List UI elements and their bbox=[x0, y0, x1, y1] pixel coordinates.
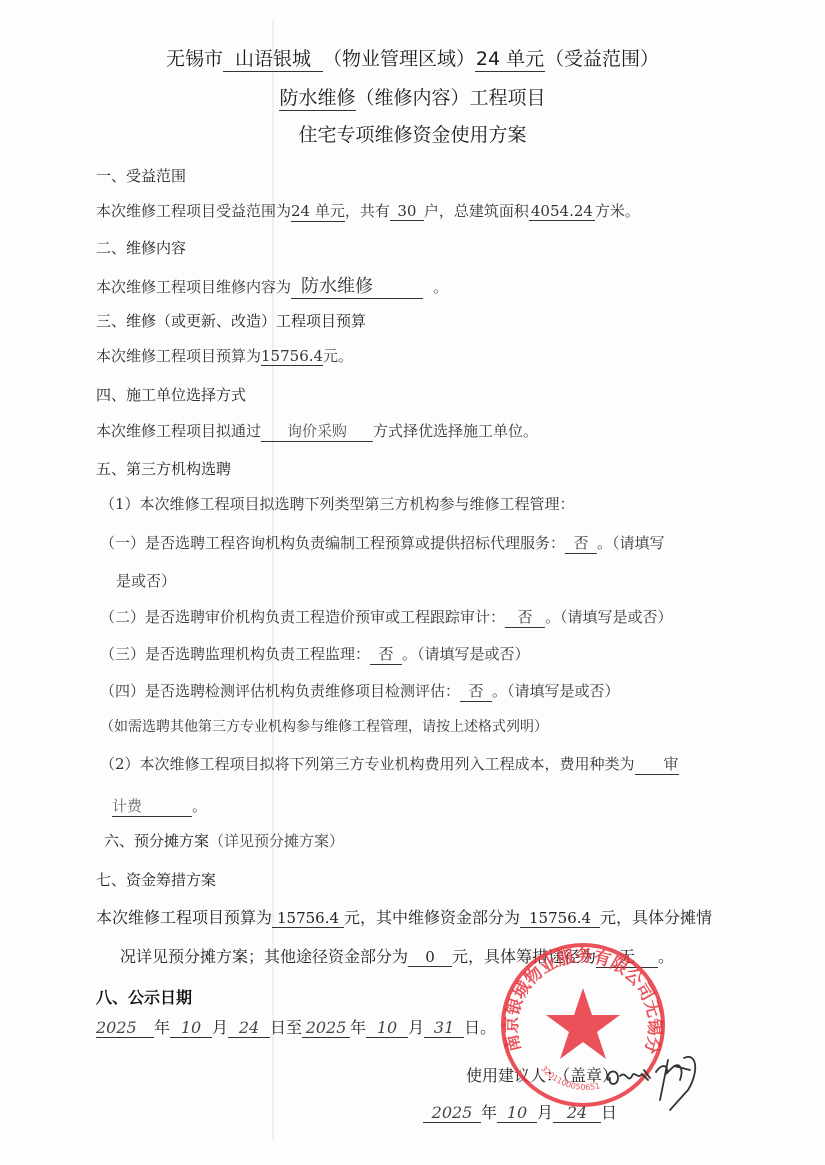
section-4-heading: 四、施工单位选择方式 bbox=[96, 384, 246, 405]
budget-field: 15756.4 bbox=[261, 347, 323, 366]
section-7-line-1: 本次维修工程项目预算为15756.4元，其中维修资金部分为15756.4元，具体… bbox=[96, 905, 712, 928]
section-5-item-2-cont: 计费。 bbox=[112, 795, 207, 817]
start-day: 24 bbox=[228, 1018, 270, 1038]
text: 户，总建筑面积 bbox=[424, 202, 529, 220]
text: 。 bbox=[433, 278, 448, 296]
text: 本次维修工程项目受益范围为 bbox=[96, 202, 291, 220]
fund-field: 15756.4 bbox=[520, 909, 600, 928]
text: 日。 bbox=[464, 1018, 496, 1037]
city: 无锡市 bbox=[166, 48, 223, 70]
fee-type-field-cont: 计费 bbox=[112, 795, 192, 817]
area-field: 4054.24 bbox=[529, 202, 595, 221]
text: 月 bbox=[408, 1018, 424, 1037]
section-5-note: （如需选聘其他第三方专业机构参与维修工程管理，请按上述格式列明） bbox=[100, 716, 548, 736]
text: 方米。 bbox=[595, 202, 640, 220]
text: 日至 bbox=[270, 1018, 302, 1037]
section-1-text: 本次维修工程项目受益范围为24 单元，共有30户，总建筑面积4054.24方米。 bbox=[96, 200, 640, 222]
end-month: 10 bbox=[366, 1018, 408, 1038]
text: 方式择优选择施工单位。 bbox=[373, 422, 538, 440]
scope-value: 24 单元 bbox=[475, 44, 545, 72]
text: 。 bbox=[192, 797, 207, 815]
scope-label: （受益范围） bbox=[545, 48, 659, 70]
text: 六、预分摊方案 bbox=[104, 832, 209, 850]
property-name: 山语银城 bbox=[223, 44, 323, 72]
property-label: （物业管理区域） bbox=[323, 48, 475, 70]
scan-crease bbox=[272, 20, 274, 1140]
signature-icon bbox=[600, 1040, 740, 1120]
text: 本次维修工程项目维修内容为 bbox=[96, 278, 291, 296]
text: 本次维修工程项目预算为 bbox=[96, 347, 261, 365]
section-5-heading: 五、第三方机构选聘 bbox=[96, 458, 231, 479]
section-2-heading: 二、维修内容 bbox=[96, 237, 186, 258]
text: （二）是否选聘审价机构负责工程造价预审或工程跟踪审计： bbox=[100, 608, 505, 626]
section-6-heading: 六、预分摊方案（详见预分摊方案） bbox=[104, 830, 344, 851]
end-day: 31 bbox=[424, 1018, 464, 1038]
method-field: 询价采购 bbox=[261, 420, 373, 442]
q1-answer: 否 bbox=[565, 532, 597, 554]
text: 。（请填写是或否） bbox=[492, 682, 620, 700]
text: 。（请填写是或否） bbox=[545, 608, 673, 626]
q3-answer: 否 bbox=[370, 643, 402, 665]
content-field: 防水维修 bbox=[291, 272, 423, 299]
text: 年 bbox=[350, 1018, 366, 1037]
text: ，共有 bbox=[345, 202, 390, 220]
text: 本次维修工程项目预算为 bbox=[96, 908, 272, 927]
q4-answer: 否 bbox=[460, 680, 492, 702]
section-5-item-1: （1）本次维修工程项目拟选聘下列类型第三方机构参与维修工程管理： bbox=[100, 493, 575, 514]
text: （一）是否选聘工程咨询机构负责编制工程预算或提供招标代理服务： bbox=[100, 534, 565, 552]
section-5-q4: （四）是否选聘检测评估机构负责维修项目检测评估：否。（请填写是或否） bbox=[100, 680, 620, 702]
section-2-text: 本次维修工程项目维修内容为防水维修。 bbox=[96, 272, 448, 299]
handwritten-signature bbox=[600, 1040, 740, 1125]
text: 元，具体分摊情 bbox=[600, 908, 712, 927]
text: 元。 bbox=[323, 347, 353, 365]
fee-type-field: 审 bbox=[635, 753, 679, 775]
section-5-q3: （三）是否选聘监理机构负责工程监理：否。（请填写是或否） bbox=[100, 643, 530, 665]
text: 元，其中维修资金部分为 bbox=[344, 908, 520, 927]
title-line-3: 住宅专项维修资金使用方案 bbox=[0, 120, 825, 147]
section-3-heading: 三、维修（或更新、改造）工程项目预算 bbox=[96, 310, 366, 331]
section-5-q2: （二）是否选聘审价机构负责工程造价预审或工程跟踪审计：否。（请填写是或否） bbox=[100, 606, 673, 628]
text: 月 bbox=[212, 1018, 228, 1037]
section-5-q1: （一）是否选聘工程咨询机构负责编制工程预算或提供招标代理服务：否。（请填写 bbox=[100, 532, 665, 554]
text: 。（请填写 bbox=[597, 534, 665, 552]
document-page: 无锡市山语银城（物业管理区域）24 单元（受益范围） 防水维修（维修内容）工程项… bbox=[0, 0, 825, 1165]
content-label: （维修内容）工程项目 bbox=[356, 87, 546, 109]
title-line-2: 防水维修（维修内容）工程项目 bbox=[0, 83, 825, 111]
text: 年 bbox=[481, 1103, 497, 1122]
section-1-heading: 一、受益范围 bbox=[96, 165, 186, 186]
title-line-1: 无锡市山语银城（物业管理区域）24 单元（受益范围） bbox=[0, 44, 825, 72]
sign-year: 2025 bbox=[423, 1103, 481, 1123]
content-value: 防水维修 bbox=[279, 83, 355, 111]
text: 。（请填写是或否） bbox=[402, 645, 530, 663]
q2-answer: 否 bbox=[505, 606, 545, 628]
start-month: 10 bbox=[170, 1018, 212, 1038]
start-year: 2025 bbox=[96, 1018, 154, 1038]
scope-field: 24 单元 bbox=[291, 200, 345, 222]
section-8-dates: 2025年10月24日至2025年10月31日。 bbox=[96, 1015, 496, 1038]
text: （四）是否选聘检测评估机构负责维修项目检测评估： bbox=[100, 682, 460, 700]
text: 年 bbox=[154, 1018, 170, 1037]
other-fund-field: 0 bbox=[408, 948, 452, 967]
section-8-heading: 八、公示日期 bbox=[96, 985, 192, 1008]
text: 本次维修工程项目拟通过 bbox=[96, 422, 261, 440]
section-5-item-2: （2）本次维修工程项目拟将下列第三方专业机构费用列入工程成本，费用种类为审 bbox=[100, 753, 679, 775]
section-7-heading: 七、资金筹措方案 bbox=[96, 869, 216, 890]
end-year: 2025 bbox=[302, 1018, 350, 1038]
text: （三）是否选聘监理机构负责工程监理： bbox=[100, 645, 370, 663]
svg-text:3201100050651: 3201100050651 bbox=[539, 1064, 601, 1092]
budget-field: 15756.4 bbox=[272, 909, 344, 928]
section-5-q1-cont: 是或否） bbox=[116, 570, 176, 591]
text: 况详见预分摊方案；其他途径资金部分为 bbox=[120, 947, 408, 966]
section-4-text: 本次维修工程项目拟通过询价采购方式择优选择施工单位。 bbox=[96, 420, 538, 442]
text: （详见预分摊方案） bbox=[209, 832, 344, 850]
text: （2）本次维修工程项目拟将下列第三方专业机构费用列入工程成本，费用种类为 bbox=[100, 755, 635, 773]
section-3-text: 本次维修工程项目预算为15756.4元。 bbox=[96, 345, 353, 366]
households-field: 30 bbox=[390, 202, 424, 221]
